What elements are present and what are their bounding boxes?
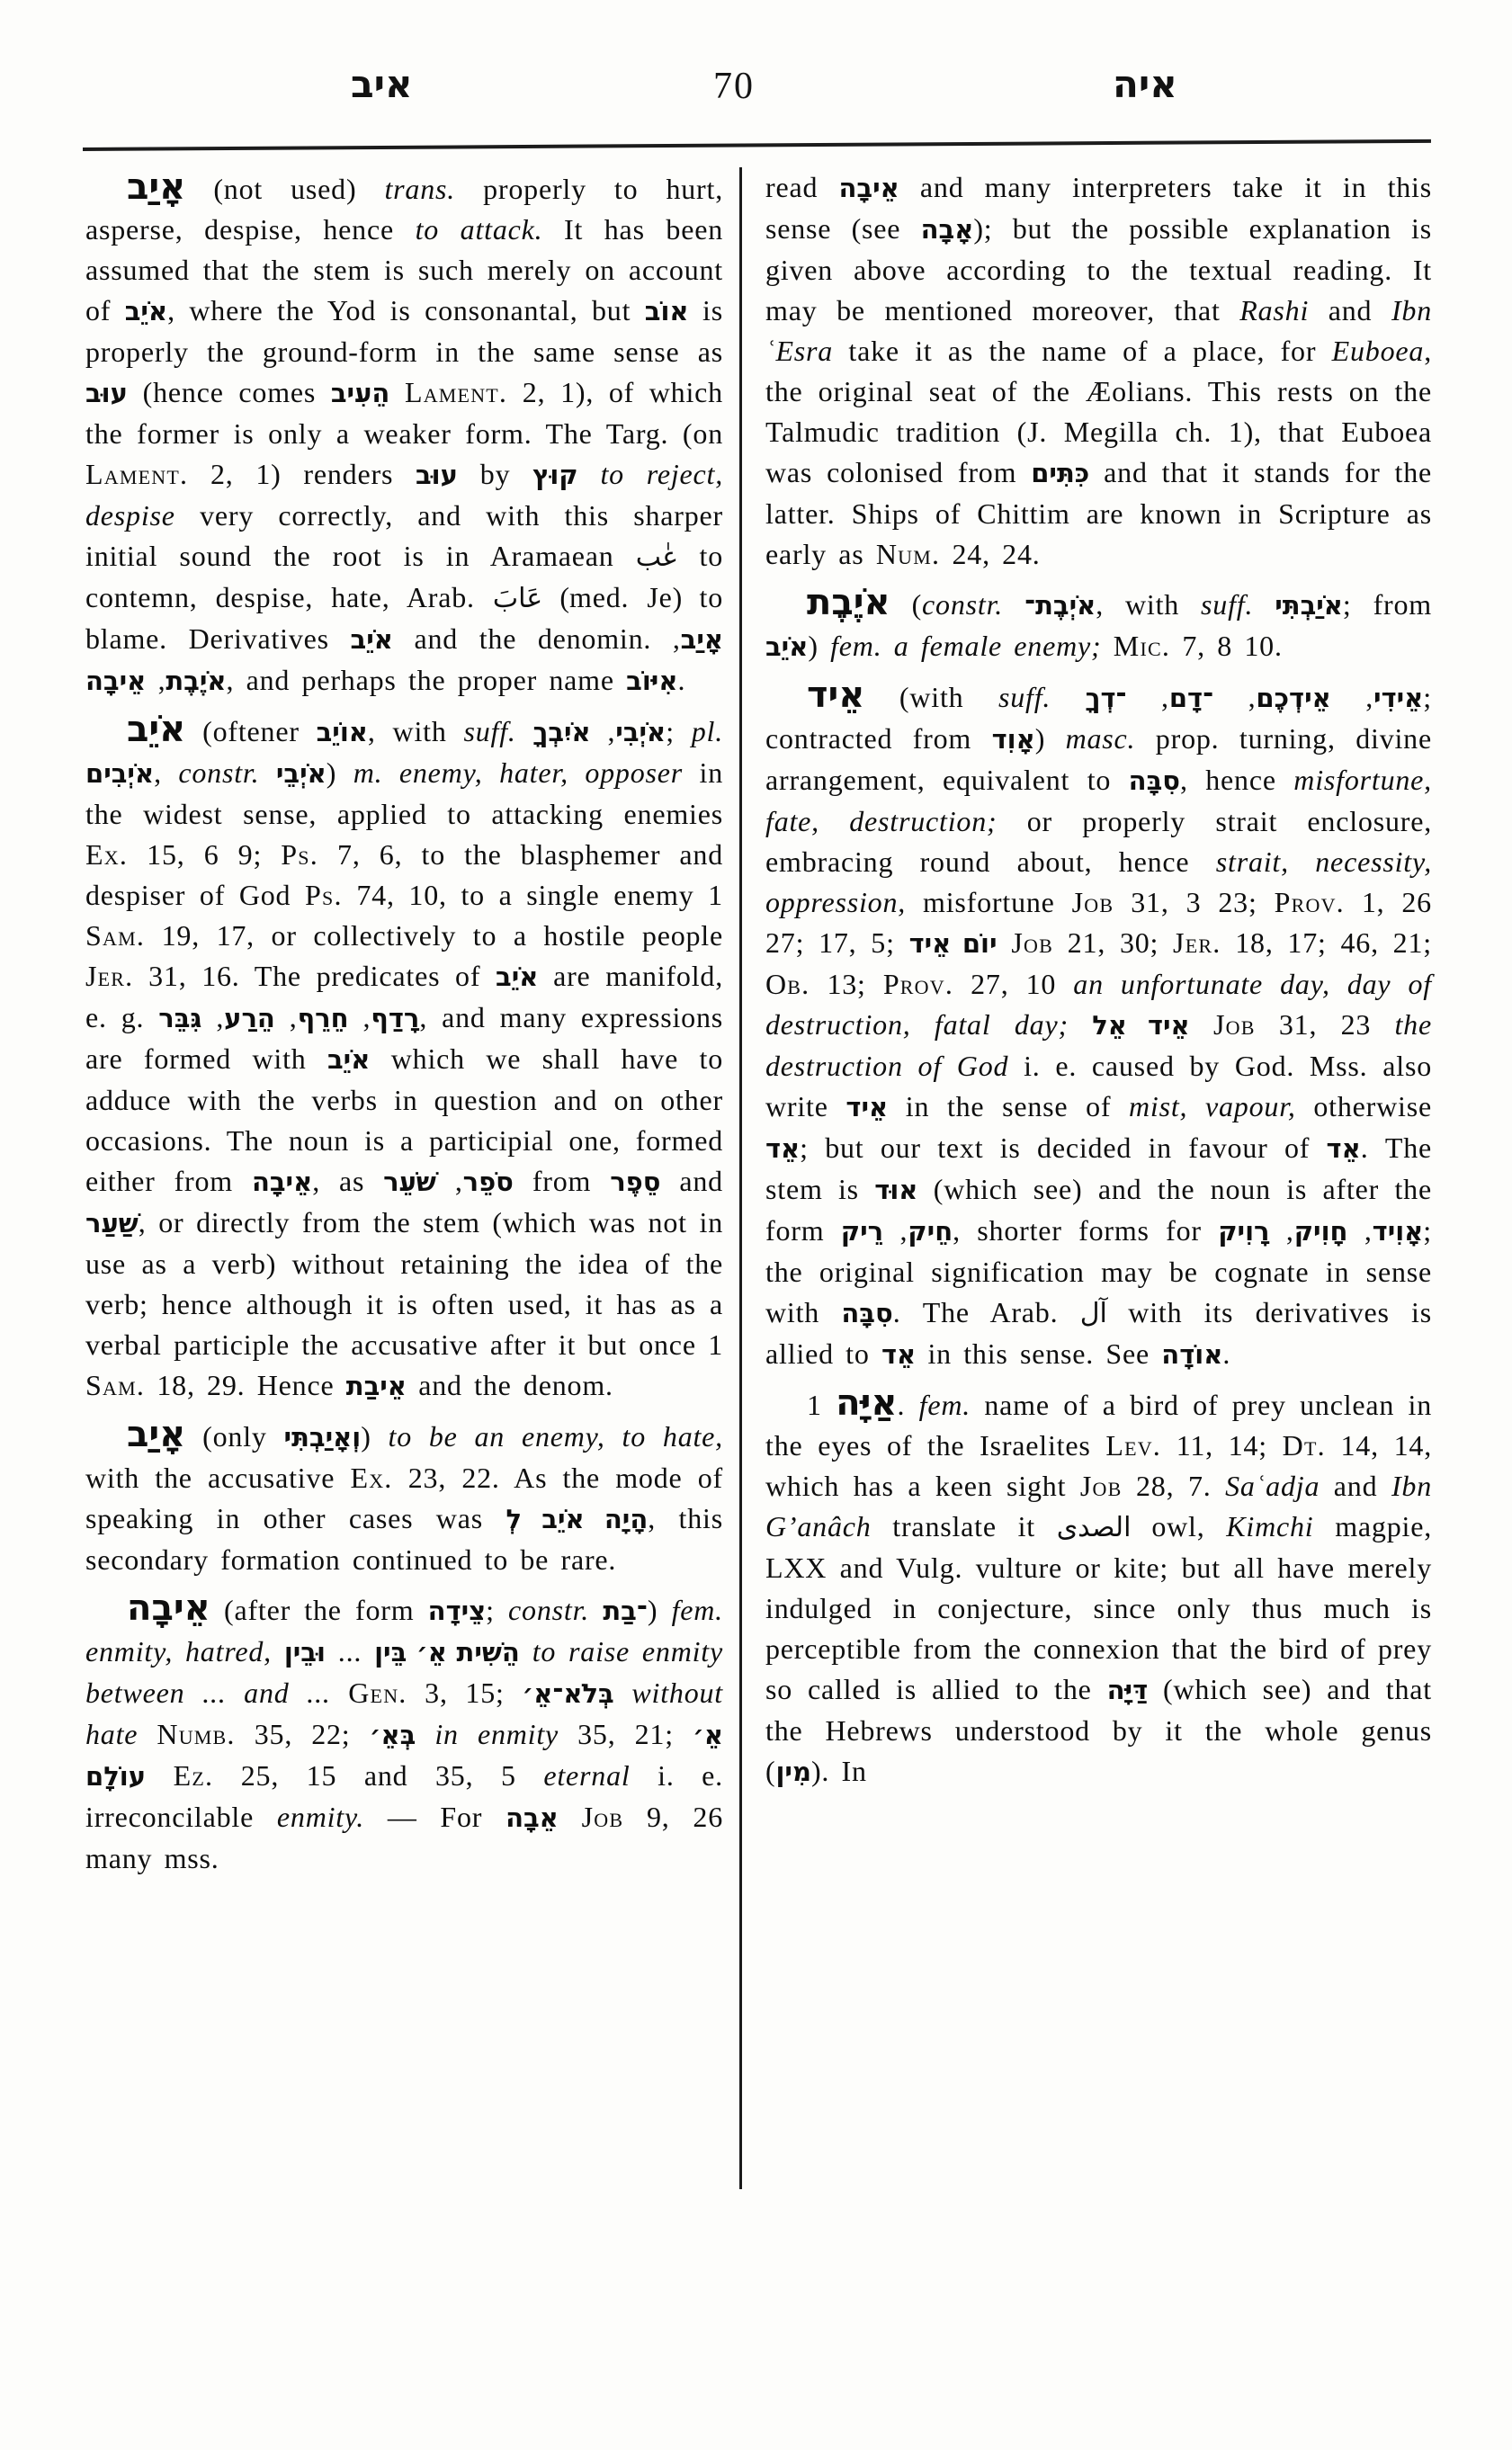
hebrew-headword: אֵיד (807, 675, 864, 716)
left-column: אָיַב (not used) trans. properly to hurt… (85, 167, 739, 2189)
scripture-reference: Gen. (348, 1677, 407, 1709)
entry-paragraph: אֵיבָה (after the form צֵידָה; constr. ־… (85, 1588, 723, 1879)
body-text: ... (326, 1635, 374, 1668)
hebrew-word: אֵיבָה (85, 666, 146, 696)
italic-text: Kimchi (1226, 1510, 1313, 1542)
scripture-reference: Job (1213, 1008, 1256, 1041)
italic-text: pl. (692, 715, 723, 747)
hebrew-word: אֵיד אֵל (1092, 1010, 1189, 1041)
hebrew-headword: אָיַב (127, 1414, 185, 1455)
scripture-reference: Jer. (85, 960, 133, 992)
italic-text: constr. (508, 1594, 589, 1626)
hebrew-word: הֵעִיב (331, 378, 389, 408)
hebrew-word: חָוִיק (1294, 1216, 1348, 1247)
body-text: , with (1096, 588, 1201, 621)
hebrew-word: הֵרַע (224, 1003, 275, 1033)
hebrew-word: אֹיְבֵי (276, 758, 327, 789)
arabic-word: آل (1080, 1298, 1107, 1329)
body-text (1003, 588, 1024, 621)
hebrew-word: אֵידִי (1373, 683, 1423, 713)
hebrew-word: חֵרֵף (298, 1003, 349, 1033)
body-text: ). In (811, 1755, 867, 1787)
hebrew-headword: אֹיֶבֶת (807, 582, 890, 623)
italic-text: suff. (998, 681, 1051, 713)
hebrew-word: שֹׁעֵר (383, 1167, 436, 1197)
body-text: 18, 17; 46, 21; (1221, 926, 1432, 959)
body-text: ) (327, 756, 353, 789)
body-text (146, 1759, 174, 1792)
body-text: , (883, 1214, 908, 1247)
body-text: , (591, 715, 616, 747)
body-text: — For (364, 1801, 505, 1833)
body-text: 21, 30; (1053, 926, 1173, 959)
body-text (272, 1635, 284, 1668)
body-text: 19, 17, or collectively to a hostile peo… (145, 919, 723, 952)
entry-paragraph: read אֵיבָה and many interpreters take i… (765, 167, 1432, 575)
body-text: by (458, 458, 532, 490)
scripture-reference: Lament. (405, 376, 507, 408)
body-text: , shorter forms for (953, 1214, 1218, 1247)
scripture-reference: Sam. (85, 919, 145, 952)
header-keyword-left: איב (351, 61, 413, 108)
body-text: ; (666, 715, 692, 747)
italic-text: fem. (919, 1389, 971, 1421)
hebrew-word: גִּבֵּר (158, 1003, 201, 1033)
body-text (389, 376, 405, 408)
body-text: (oftener (185, 715, 316, 747)
hebrew-word: סֹפֵר (463, 1167, 514, 1197)
italic-text: constr. (178, 756, 259, 789)
hebrew-word: אֹיִבְךָ (533, 717, 591, 747)
hebrew-word: אָיַב (681, 624, 723, 655)
body-text: ) (361, 1420, 388, 1453)
body-text: , (1213, 681, 1256, 713)
scripture-reference: Ex. (85, 838, 128, 871)
scripture-reference: Ex. (350, 1462, 392, 1494)
arabic-word: عَابَ (493, 583, 542, 614)
hebrew-word: אֵד (1327, 1133, 1361, 1164)
hebrew-word: עוּב (85, 378, 128, 408)
hebrew-word: יוֹם אֵיד (909, 928, 998, 959)
hebrew-word: אֹיַבְתִּי (1275, 590, 1343, 621)
hebrew-word: סֵפֶר (610, 1167, 660, 1197)
body-text: and (660, 1165, 723, 1197)
body-text (1190, 1008, 1213, 1041)
body-text (416, 1718, 434, 1750)
hebrew-word: אֵד (765, 1133, 800, 1164)
body-text: from (514, 1165, 610, 1197)
header-keyword-right: איה (1113, 61, 1177, 108)
hebrew-word: סִבָּה (1129, 765, 1180, 796)
hebrew-word: אוֹיֵב (317, 717, 368, 747)
scripture-reference: Ob. (765, 968, 810, 1000)
hebrew-word: אָבָה (921, 214, 974, 245)
body-text: 31, 3 23; (1114, 886, 1274, 918)
hebrew-word: כִּתִּים (1031, 458, 1089, 488)
body-text (1051, 681, 1086, 713)
hebrew-word: חֵיק (908, 1216, 953, 1247)
hebrew-headword: אָיַב (127, 166, 185, 208)
body-text: ; but our text is decided in favour of (800, 1131, 1326, 1164)
scripture-reference: Prov. (883, 968, 953, 1000)
italic-text: masc. (1066, 722, 1136, 755)
body-text: 24, 24. (940, 538, 1040, 570)
hebrew-headword: אֹיֵב (127, 709, 185, 750)
hebrew-word: אוּד (874, 1175, 917, 1205)
body-text: (after the form (210, 1594, 428, 1626)
entry-paragraph: אֹיֵב (oftener אוֹיֵב, with suff. אֹיְבִ… (85, 710, 723, 1407)
hebrew-word: אֵבָה (505, 1802, 559, 1833)
hebrew-word: אֹיְבִים (85, 758, 154, 789)
scripture-reference: Sam. (85, 1369, 145, 1401)
hebrew-word: אֵיד (845, 1092, 888, 1122)
hebrew-word: אֹיֵב (125, 296, 167, 326)
hebrew-word: שַׁעַר (85, 1208, 139, 1238)
dictionary-page: איב 70 איה אָיַב (not used) trans. prope… (0, 0, 1512, 2450)
body-text (138, 1718, 157, 1750)
hebrew-word: אָוִד (992, 724, 1035, 755)
body-text (589, 1594, 603, 1626)
entry-paragraph: אֵיד (with suff. אֵידִי, אֵידְכֶם, ־דָם,… (765, 675, 1432, 1375)
body-text: 74, 10, to a single enemy 1 (343, 879, 723, 911)
entry-paragraph: אַיָּה 1. fem. name of a bird of prey un… (765, 1383, 1432, 1793)
scripture-reference: Job (1011, 926, 1053, 959)
hebrew-word: רֵיק (841, 1216, 883, 1247)
header-rule (83, 139, 1431, 151)
hebrew-word: אוֹב (645, 296, 689, 326)
scripture-reference: Lament. (85, 458, 188, 490)
page-number: 70 (713, 63, 755, 110)
body-text: 18, 29. Hence (145, 1369, 346, 1401)
hebrew-word: בְּאֵ׳ (370, 1720, 416, 1750)
body-text: , and perhaps the proper name (227, 664, 627, 696)
hebrew-word: וְאָיַבְתִּי (284, 1422, 362, 1453)
body-text: , (1347, 1214, 1372, 1247)
body-text: , or directly from the stem (which was n… (85, 1206, 723, 1361)
hebrew-word: הֵשִׁית אֵ׳ בֵּין (374, 1637, 520, 1668)
italic-text: enmity. (277, 1801, 364, 1833)
entry-paragraph: אֹיֶבֶת (constr. אֹיְבֶת־, with suff. אֹ… (765, 583, 1432, 667)
scripture-reference: Mic. (1114, 630, 1170, 662)
body-text (259, 756, 275, 789)
body-text: ; (486, 1594, 508, 1626)
italic-text: Saʿadja (1225, 1470, 1320, 1502)
hebrew-word: רָוִיק (1218, 1216, 1269, 1247)
hebrew-word: אֹיֵב (351, 624, 393, 655)
hebrew-word: ־דְךָ (1086, 683, 1127, 713)
hebrew-word: אֵידְכֶם (1256, 683, 1330, 713)
hebrew-word: אֹיְבֶת־ (1024, 590, 1096, 621)
hebrew-word: עוּב (416, 460, 458, 490)
hebrew-word: בְּלֹא־אֵ׳ (522, 1678, 613, 1709)
italic-text: to be an enemy, to hate, (389, 1420, 724, 1453)
body-text: (not used) (185, 173, 384, 205)
italic-text: trans. (384, 173, 455, 205)
body-text: . (677, 664, 685, 696)
hebrew-word: אֵיבַת (346, 1371, 407, 1401)
body-text: , (1127, 681, 1169, 713)
scripture-reference: Num. (876, 538, 940, 570)
body-text: 2, 1) renders (188, 458, 416, 490)
italic-text: mist, vapour, (1129, 1090, 1296, 1122)
body-text: 35, 21; (559, 1718, 693, 1750)
italic-text: to attack. (416, 213, 543, 246)
body-text: 15, 6 9; (128, 838, 281, 871)
italic-text: suff. (1201, 588, 1253, 621)
body-text (614, 1677, 632, 1709)
hebrew-word: ־בַת (603, 1596, 648, 1626)
italic-text: in enmity (434, 1718, 559, 1750)
hebrew-headword: אֵיבָה (127, 1587, 210, 1629)
hebrew-word: אִיּוֹב (626, 666, 677, 696)
hebrew-headword: אַיָּה (836, 1382, 897, 1424)
hebrew-word: מִין (775, 1757, 810, 1787)
body-text: , (146, 664, 166, 696)
hebrew-word: אֹיֵב (765, 631, 808, 662)
scripture-reference: Lev. (1105, 1429, 1161, 1462)
scripture-reference: Ps. (305, 879, 343, 911)
body-text: 35, 22; (236, 1718, 370, 1750)
scripture-reference: Job (1080, 1470, 1123, 1502)
body-text: in this sense. See (916, 1337, 1161, 1370)
body-text: (only (185, 1420, 283, 1453)
body-text: 31, 16. The predicates of (133, 960, 496, 992)
body-text: , with (368, 715, 464, 747)
scripture-reference: Job (1072, 886, 1114, 918)
body-text: and the denomin. (393, 622, 673, 655)
italic-text: Euboea (1332, 335, 1425, 367)
scripture-reference: Jer. (1173, 926, 1221, 959)
body-text: ) (648, 1594, 672, 1626)
body-text: , (1270, 1214, 1294, 1247)
body-text: ) (808, 630, 830, 662)
body-text: otherwise (1296, 1090, 1432, 1122)
body-text: take it as the name of a place, for (833, 335, 1332, 367)
arabic-word: الصدى (1057, 1512, 1132, 1543)
body-text: ( (890, 588, 922, 621)
body-text: 31, 23 (1256, 1008, 1395, 1041)
body-text: read (765, 171, 838, 203)
italic-text: Rashi (1239, 294, 1309, 326)
body-text (1101, 630, 1113, 662)
hebrew-word: אוֹדָה (1161, 1339, 1222, 1370)
body-text: , (436, 1165, 463, 1197)
body-text: misfortune (906, 886, 1072, 918)
body-text: and (1309, 294, 1391, 326)
body-text: and the denom. (407, 1369, 613, 1401)
body-text: 11, 14; (1161, 1429, 1283, 1462)
body-text (516, 715, 533, 747)
body-text: . The Arab. (893, 1296, 1080, 1328)
right-column: read אֵיבָה and many interpreters take i… (739, 167, 1432, 2189)
hebrew-word: אֵיבָה (252, 1167, 312, 1197)
body-text: 7, 8 10. (1170, 630, 1283, 662)
body-text: ; from (1343, 588, 1432, 621)
body-text (559, 1801, 582, 1833)
hebrew-word: צֵידָה (428, 1596, 486, 1626)
body-text: , (154, 756, 178, 789)
hebrew-word: קוּץ (532, 460, 577, 490)
scripture-reference: Job (582, 1801, 624, 1833)
body-text: 3, 15; (407, 1677, 523, 1709)
arabic-word: عٰب (636, 541, 678, 573)
running-head: איב 70 איה (85, 58, 1432, 112)
body-text: , (349, 1001, 371, 1033)
body-text: owl, (1131, 1510, 1226, 1542)
hebrew-word: אֵד (881, 1339, 916, 1370)
italic-text: eternal (543, 1759, 630, 1792)
body-text (331, 1677, 349, 1709)
italic-text: suff. (463, 715, 515, 747)
body-text: , as (312, 1165, 383, 1197)
body-text: , where the Yod is consonantal, but (167, 294, 645, 326)
body-text: , (275, 1001, 298, 1033)
scripture-reference: Numb. (157, 1718, 235, 1750)
scripture-reference: Ez. (174, 1759, 214, 1792)
hebrew-word: רָדַף (371, 1003, 419, 1033)
body-text (578, 458, 601, 490)
entry-paragraph: אָיַב (only וְאָיַבְתִּי) to be an enemy… (85, 1415, 723, 1580)
body-text: and (1320, 1470, 1391, 1502)
text-columns: אָיַב (not used) trans. properly to hurt… (85, 167, 1432, 2189)
italic-text: constr. (922, 588, 1003, 621)
body-text: , (673, 622, 681, 655)
scripture-reference: Ps. (281, 838, 318, 871)
hebrew-word: אֵיבָה (838, 173, 899, 203)
body-text (520, 1635, 532, 1668)
italic-text: m. enemy, hater, opposer (353, 756, 683, 789)
body-text: translate it (872, 1510, 1057, 1542)
body-text: . (1222, 1337, 1230, 1370)
body-text (1069, 1008, 1092, 1041)
scripture-reference: Prov. (1275, 886, 1345, 918)
hebrew-word: אֹיֵב (496, 961, 538, 992)
body-text (1253, 588, 1275, 621)
body-text: , (201, 1001, 224, 1033)
body-text: (hence comes (128, 376, 331, 408)
hebrew-word: ־דָם (1169, 683, 1213, 713)
hebrew-word: אֹיְבִי (615, 717, 666, 747)
body-text: 27, 10 (953, 968, 1073, 1000)
body-text: very correctly, and with this sharper in… (85, 499, 723, 572)
body-text: , hence (1180, 764, 1293, 796)
hebrew-word: דַּיָּה (1107, 1675, 1149, 1705)
hebrew-word: סִבָּה (841, 1298, 892, 1328)
body-text: in the sense of (888, 1090, 1129, 1122)
body-text: with the accusative (85, 1462, 350, 1494)
hebrew-word: אֹיֶבֶת (166, 666, 226, 696)
body-text: ) (1035, 722, 1066, 755)
italic-text: fem. a female enemy; (830, 630, 1101, 662)
body-text (998, 926, 1012, 959)
body-text: 13; (810, 968, 882, 1000)
body-text: 25, 15 and 35, 5 (213, 1759, 543, 1792)
hebrew-word: אָוִיד (1373, 1216, 1424, 1247)
body-text: , (1331, 681, 1373, 713)
hebrew-word: אֹיֵב (327, 1044, 370, 1075)
body-text: 28, 7. (1122, 1470, 1225, 1502)
hebrew-word: הָיָה אֹיֵב לְ (505, 1504, 648, 1534)
scripture-reference: Dt. (1283, 1429, 1326, 1462)
entry-paragraph: אָיַב (not used) trans. properly to hurt… (85, 167, 723, 702)
body-text: (with (864, 681, 998, 713)
hebrew-word: וּבֵין (284, 1637, 326, 1668)
